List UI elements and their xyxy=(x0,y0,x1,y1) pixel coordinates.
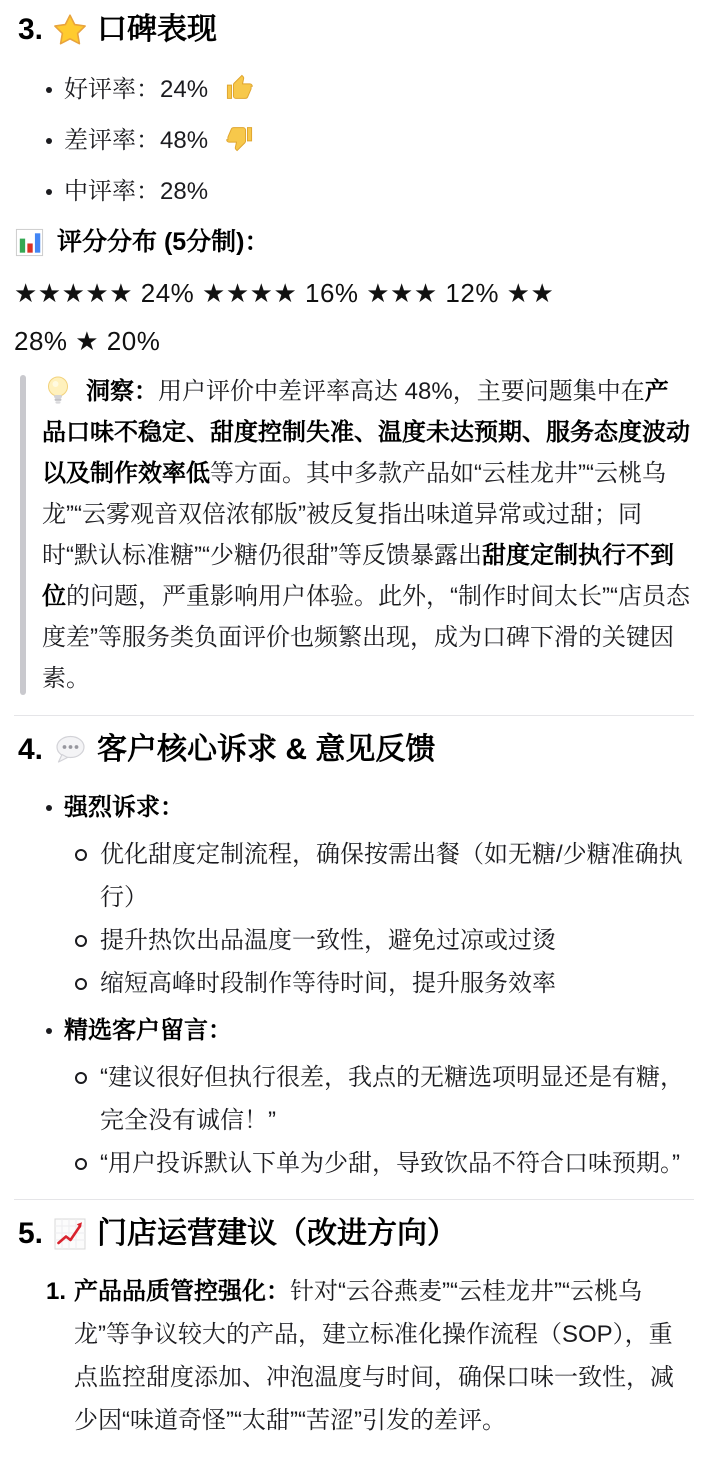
feedback-list: 强烈诉求： 优化甜度定制流程，确保按需出餐（如无糖/少糖准确执行） 提升热饮出品… xyxy=(14,786,694,1185)
insight-text-1: 用户评价中差评率高达 48%，主要问题集中在 xyxy=(158,378,645,405)
star-icon xyxy=(52,12,88,48)
section-heading-reputation: 3. 口碑表现 xyxy=(18,10,694,50)
suggestion-number: 1. xyxy=(46,1270,66,1313)
group-label: 精选客户留言： xyxy=(42,1009,694,1052)
demand-group: 强烈诉求： 优化甜度定制流程，确保按需出餐（如无糖/少糖准确执行） 提升热饮出品… xyxy=(42,786,694,1005)
metric-value: 48% xyxy=(160,127,208,154)
thumbs-down-icon xyxy=(225,124,254,153)
demand-item: 缩短高峰时段制作等待时间，提升服务效率 xyxy=(72,962,694,1005)
metric-value: 24% xyxy=(160,76,208,103)
comment-items: “建议很好但执行很差，我点的无糖选项明显还是有糖，完全没有诚信！” “用户投诉默… xyxy=(42,1056,694,1185)
distribution-header: 评分分布 (5分制)： xyxy=(14,225,694,259)
section-title-text: 门店运营建议（改进方向） xyxy=(97,1214,457,1254)
section-number: 4. xyxy=(18,730,43,770)
metric-label: 差评率： xyxy=(64,127,160,154)
distribution-label: 评分分布 (5分制)： xyxy=(57,225,270,259)
suggestion-item: 1.产品品质管控强化：针对“云谷燕麦”“云桂龙井”“云桃乌龙”等争议较大的产品，… xyxy=(46,1270,694,1442)
section-heading-suggestions: 5. 门店运营建议（改进方向） xyxy=(18,1214,694,1254)
group-label-text: 精选客户留言： xyxy=(64,1017,232,1044)
lightbulb-icon xyxy=(42,374,74,406)
chart-increasing-icon xyxy=(52,1216,88,1252)
group-label-text: 强烈诉求： xyxy=(64,794,184,821)
demand-items: 优化甜度定制流程，确保按需出餐（如无糖/少糖准确执行） 提升热饮出品温度一致性，… xyxy=(42,833,694,1005)
metric-list: 好评率：24% 差评率：48% 中评率：28% xyxy=(14,72,694,210)
rating-line-1: ★★★★★ 24% ★★★★ 16% ★★★ 12% ★★ xyxy=(14,269,694,317)
comment-item: “建议很好但执行很差，我点的无糖选项明显还是有糖，完全没有诚信！” xyxy=(72,1056,694,1142)
group-label: 强烈诉求： xyxy=(42,786,694,829)
section-title-text: 口碑表现 xyxy=(97,10,217,50)
metric-value: 28% xyxy=(160,178,208,205)
section-number: 3. xyxy=(18,10,43,50)
metric-positive-rate: 好评率：24% xyxy=(42,72,694,108)
insight-text-5: 的问题，严重影响用户体验。此外，“制作时间太长”“店员态度差”等服务类负面评价也… xyxy=(42,583,690,692)
bar-chart-icon xyxy=(14,227,45,258)
section-title-text: 客户核心诉求 & 意见反馈 xyxy=(97,730,435,770)
speech-balloon-icon xyxy=(52,732,88,768)
metric-label: 中评率： xyxy=(64,178,160,205)
report-page: 3. 口碑表现 好评率：24% 差评率：48% 中评率：28% 评分分布 (5分… xyxy=(0,0,708,1466)
section-number: 5. xyxy=(18,1214,43,1254)
demand-item: 优化甜度定制流程，确保按需出餐（如无糖/少糖准确执行） xyxy=(72,833,694,919)
thumbs-up-icon xyxy=(225,73,254,102)
insight-blockquote: 洞察：用户评价中差评率高达 48%，主要问题集中在产品口味不稳定、甜度控制失准、… xyxy=(20,369,694,701)
metric-label: 好评率： xyxy=(64,76,160,103)
demand-item: 提升热饮出品温度一致性，避免过凉或过烫 xyxy=(72,919,694,962)
rating-line-2: 28% ★ 20% xyxy=(14,317,694,365)
comment-item: “用户投诉默认下单为少甜，导致饮品不符合口味预期。” xyxy=(72,1142,694,1185)
insight-label: 洞察： xyxy=(86,378,158,405)
section-divider xyxy=(14,715,694,716)
suggestion-label: 产品品质管控强化： xyxy=(74,1278,290,1305)
comments-group: 精选客户留言： “建议很好但执行很差，我点的无糖选项明显还是有糖，完全没有诚信！… xyxy=(42,1009,694,1185)
rating-distribution: ★★★★★ 24% ★★★★ 16% ★★★ 12% ★★ 28% ★ 20% xyxy=(14,269,694,365)
metric-neutral-rate: 中评率：28% xyxy=(42,174,694,210)
suggestion-list: 1.产品品质管控强化：针对“云谷燕麦”“云桂龙井”“云桃乌龙”等争议较大的产品，… xyxy=(14,1270,694,1442)
metric-negative-rate: 差评率：48% xyxy=(42,123,694,159)
section-divider xyxy=(14,1199,694,1200)
section-heading-feedback: 4. 客户核心诉求 & 意见反馈 xyxy=(18,730,694,770)
